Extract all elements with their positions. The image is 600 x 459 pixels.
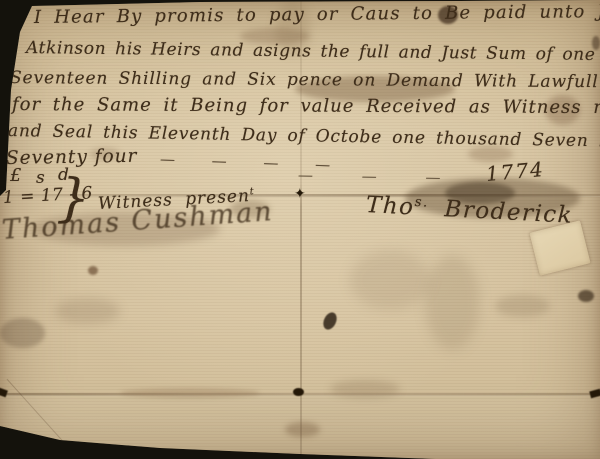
document-scan: ✦ I Hear By promis to pay or Caus to Be … <box>0 0 600 459</box>
maker-signature: Thos.Broderick <box>365 192 573 229</box>
stain <box>425 255 480 350</box>
paper: ✦ I Hear By promis to pay or Caus to Be … <box>0 0 600 459</box>
stain <box>88 266 98 275</box>
stain <box>330 380 400 398</box>
stain <box>55 298 120 324</box>
horizontal-fold-line-lower <box>0 393 600 396</box>
maker-signature-prefix: Tho <box>365 192 415 221</box>
note-line-1: I Hear By promis to pay or Caus to Be pa… <box>34 0 600 28</box>
fold-notch-right <box>589 389 600 399</box>
lower-fold-shading <box>0 396 600 459</box>
stain <box>321 310 339 331</box>
vertical-fold-line <box>300 0 302 459</box>
stain <box>0 318 45 348</box>
stain <box>495 295 550 317</box>
note-line-6: Seventy four <box>6 146 138 169</box>
pound-symbol: £ <box>10 165 21 186</box>
year: 1774 <box>485 157 546 186</box>
stain <box>285 422 320 437</box>
stain <box>120 388 260 398</box>
fold-notch-left <box>0 388 8 398</box>
seal-patch <box>529 220 590 275</box>
stain <box>350 250 430 310</box>
diagonal-corner-crease <box>7 379 68 447</box>
stain <box>578 290 594 302</box>
note-line-3: Seventeen Shilling and Six pence on Dema… <box>10 68 600 93</box>
witness-label-superscript: t <box>249 186 255 197</box>
dash-row-2: — — — <box>298 166 463 187</box>
note-line-2: Atkinson his Heirs and asigns the full a… <box>26 38 600 66</box>
fold-cross-mark: ✦ <box>294 186 306 202</box>
maker-signature-superscript: s. <box>414 195 429 211</box>
note-line-4: for the Same it Being for value Received… <box>12 94 600 119</box>
fold-notch-center <box>293 388 304 396</box>
maker-signature-name: Broderick <box>444 196 574 229</box>
